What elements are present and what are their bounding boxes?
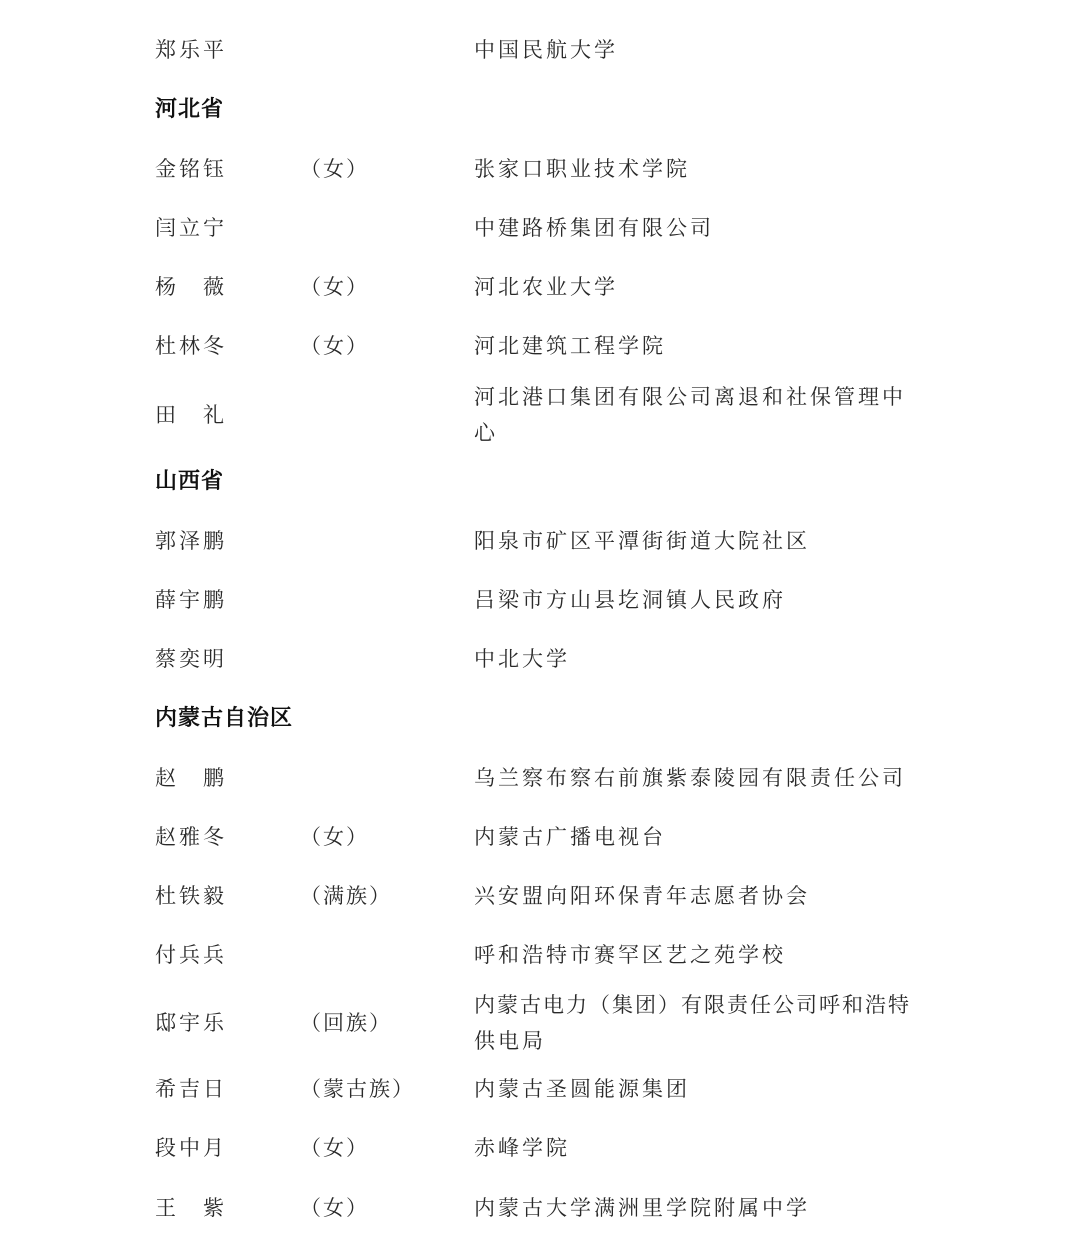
person-note: （蒙古族） (300, 1071, 415, 1107)
person-name: 薛宇鹏 (155, 582, 227, 618)
person-note: （女） (300, 1190, 369, 1226)
person-note: （女） (300, 269, 369, 305)
organization: 中北大学 (474, 641, 924, 677)
list-item: 邸宇乐 （回族） 内蒙古电力（集团）有限责任公司呼和浩特 供电局 (0, 987, 1080, 1059)
organization: 呼和浩特市赛罕区艺之苑学校 (474, 937, 924, 973)
person-name: 付兵兵 (155, 937, 227, 973)
organization: 内蒙古圣圆能源集团 (474, 1071, 924, 1107)
person-note: （女） (300, 151, 369, 187)
organization: 河北农业大学 (474, 269, 924, 305)
honoree-list-document: 郑乐平 中国民航大学 河北省 金铭钰 （女） 张家口职业技术学院 闫立宁 中建路… (0, 0, 1080, 1249)
organization-line-1: 河北港口集团有限公司离退和社保管理中 (474, 379, 924, 415)
organization: 吕梁市方山县圪洞镇人民政府 (474, 582, 924, 618)
list-item: 田 礼 河北港口集团有限公司离退和社保管理中 心 (0, 379, 1080, 451)
organization: 内蒙古电力（集团）有限责任公司呼和浩特 供电局 (474, 987, 954, 1059)
organization: 张家口职业技术学院 (474, 151, 924, 187)
organization: 阳泉市矿区平潭街街道大院社区 (474, 523, 924, 559)
organization: 内蒙古广播电视台 (474, 819, 924, 855)
person-name: 闫立宁 (155, 210, 227, 246)
person-name: 赵 鹏 (155, 760, 227, 796)
person-note: （满族） (300, 878, 392, 914)
person-name: 邸宇乐 (155, 1005, 227, 1041)
person-name: 杜林冬 (155, 328, 227, 364)
person-name: 希吉日 (155, 1071, 227, 1107)
person-name: 田 礼 (155, 397, 227, 433)
organization: 赤峰学院 (474, 1130, 924, 1166)
organization-line-2: 心 (474, 415, 924, 451)
person-note: （女） (300, 328, 369, 364)
person-name: 郭泽鹏 (155, 523, 227, 559)
person-name: 金铭钰 (155, 151, 227, 187)
organization: 兴安盟向阳环保青年志愿者协会 (474, 878, 924, 914)
person-name: 段中月 (155, 1130, 227, 1166)
person-name: 杜铁毅 (155, 878, 227, 914)
person-note: （女） (300, 819, 369, 855)
organization: 中国民航大学 (474, 32, 924, 68)
person-name: 郑乐平 (155, 32, 227, 68)
person-name: 王 紫 (155, 1190, 227, 1226)
organization: 河北建筑工程学院 (474, 328, 924, 364)
organization: 河北港口集团有限公司离退和社保管理中 心 (474, 379, 924, 451)
person-note: （回族） (300, 1005, 392, 1041)
section-heading-shanxi: 山西省 (155, 464, 224, 500)
organization: 乌兰察布察右前旗紫泰陵园有限责任公司 (474, 760, 1034, 796)
person-name: 赵雅冬 (155, 819, 227, 855)
person-note: （女） (300, 1130, 369, 1166)
organization: 内蒙古大学满洲里学院附属中学 (474, 1190, 924, 1226)
person-name: 蔡奕明 (155, 641, 227, 677)
section-heading-inner-mongolia: 内蒙古自治区 (155, 701, 293, 737)
organization: 中建路桥集团有限公司 (474, 210, 924, 246)
organization-line-1: 内蒙古电力（集团）有限责任公司呼和浩特 (474, 987, 954, 1023)
person-name: 杨 薇 (155, 269, 227, 305)
section-heading-hebei: 河北省 (155, 92, 224, 128)
organization-line-2: 供电局 (474, 1023, 954, 1059)
